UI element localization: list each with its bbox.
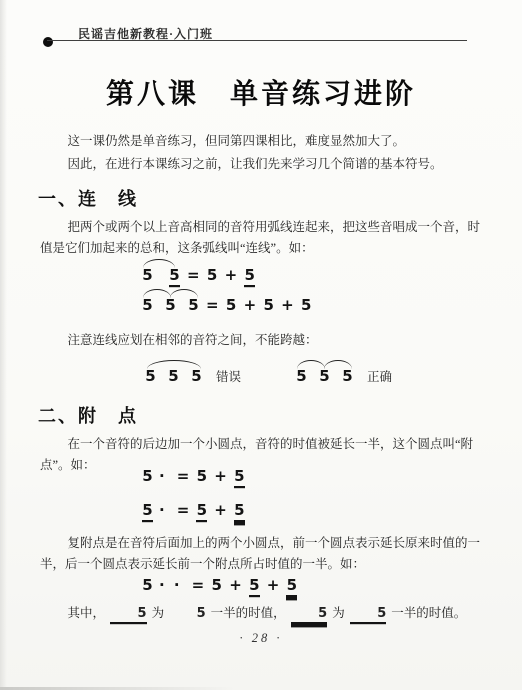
equals-sign: = — [192, 576, 205, 594]
header-bullet-dot — [43, 37, 53, 47]
tie-caution-text: 注意连线应划在相邻的音符之间，不能跨越： — [40, 330, 488, 351]
note: 5 — [207, 266, 218, 285]
note: 5 — [188, 296, 199, 315]
correct-tied-group: 5 5 5 — [296, 367, 353, 386]
tie-body-paragraph: 把两个或两个以上音高相同的音符用弧线连起来，把这些音唱成一个音，时值是它们加起来… — [40, 217, 488, 259]
note-sixteenth: 5 — [286, 576, 297, 595]
note-eighth: 5 — [142, 501, 153, 520]
intro-paragraph-1: 这一课仍然是单音练习，但同第四课相比，难度显然加大了。 — [40, 131, 488, 152]
summary-text: 一半的时值， — [211, 606, 286, 620]
tie-arc — [170, 289, 198, 298]
note: 5 — [226, 296, 237, 315]
tie-wrong-correct-row: 5 5 5 错误 5 5 5 正确 — [145, 367, 392, 386]
plus-sign: + — [225, 266, 238, 284]
wrong-tied-group: 5 5 5 — [145, 367, 202, 386]
note: 5 — [142, 296, 153, 315]
tie-arc — [297, 360, 325, 369]
note: 5 — [169, 606, 206, 622]
plus-sign: + — [244, 296, 257, 314]
equals-sign: = — [177, 467, 190, 485]
note-eighth: 5 — [244, 266, 255, 285]
note-eighth: 5 — [234, 467, 245, 486]
note: 5 — [165, 296, 176, 315]
tie-arc — [143, 289, 171, 298]
tie-example-1: 5 5 = 5 + 5 — [142, 266, 255, 285]
note: 5 — [142, 576, 153, 595]
note-eighth: 5 — [169, 266, 180, 285]
tie-arc — [324, 360, 352, 369]
augmentation-dot: · — [159, 501, 167, 519]
running-header-title: 民谣吉他新教程·入门班 — [78, 25, 213, 42]
note: 5 — [142, 467, 153, 486]
note-sixteenth: 5 — [234, 501, 245, 520]
double-dot-example: 5 · · = 5 + 5 + 5 — [142, 576, 297, 595]
note-eighth: 5 — [196, 501, 207, 520]
plus-sign: + — [281, 296, 294, 314]
dot-body-paragraph-1: 在一个音符的后边加一个小圆点，音符的时值被延长一半，这个圆点叫“附点”。如： — [40, 434, 488, 476]
book-page: 民谣吉他新教程·入门班 第八课 单音练习进阶 这一课仍然是单音练习，但同第四课相… — [0, 0, 522, 690]
summary-text: 为 — [152, 606, 165, 620]
tied-note-group: 5 5 5 — [142, 296, 199, 315]
section-heading-tie: 一、连 线 — [38, 185, 138, 211]
equals-sign: = — [206, 296, 219, 314]
plus-sign: + — [214, 501, 227, 519]
wrong-label: 错误 — [216, 367, 241, 385]
note: 5 — [145, 367, 156, 386]
dot-summary-line: 其中，5为5一半的时值，5为5一半的时值。 — [40, 603, 488, 624]
equals-sign: = — [177, 501, 190, 519]
augmentation-dot: · — [159, 467, 167, 485]
note: 5 — [296, 367, 307, 386]
note-sixteenth: 5 — [291, 606, 328, 622]
note: 5 — [168, 367, 179, 386]
note-eighth: 5 — [249, 576, 260, 595]
note: 5 — [263, 296, 274, 315]
note: 5 — [191, 367, 202, 386]
summary-text: 其中， — [68, 606, 106, 620]
dot-body-paragraph-2: 复附点是在音符后面加上的两个小圆点，前一个圆点表示延长原来时值的一半，后一个圆点… — [40, 533, 488, 575]
double-augmentation-dots: · · — [159, 576, 182, 594]
note: 5 — [142, 266, 153, 285]
summary-text: 为 — [332, 606, 345, 620]
note: 5 — [211, 576, 222, 595]
tied-note-group: 5 5 — [142, 266, 180, 285]
page-number: · 28 · — [0, 631, 522, 646]
dot-example-2: 5 · = 5 + 5 — [142, 501, 245, 520]
correct-label: 正确 — [367, 367, 392, 385]
equals-sign: = — [187, 266, 200, 284]
section-heading-dot: 二、附 点 — [38, 402, 138, 428]
tie-arc — [143, 259, 175, 268]
note: 5 — [301, 296, 312, 315]
note: 5 — [319, 367, 330, 386]
plus-sign: + — [214, 467, 227, 485]
summary-text: 一半的时值。 — [391, 606, 466, 620]
note: 5 — [342, 367, 353, 386]
intro-paragraph-2: 因此，在进行本课练习之前，让我们先来学习几个简谱的基本符号。 — [40, 154, 488, 175]
lesson-title: 第八课 单音练习进阶 — [0, 72, 522, 112]
plus-sign: + — [267, 576, 280, 594]
tie-example-2: 5 5 5 = 5 + 5 + 5 — [142, 296, 312, 315]
crossing-tie-arc — [147, 360, 201, 369]
dot-example-1: 5 · = 5 + 5 — [142, 467, 245, 486]
note: 5 — [196, 467, 207, 486]
note-eighth: 5 — [350, 606, 387, 622]
plus-sign: + — [229, 576, 242, 594]
note-eighth: 5 — [110, 606, 147, 622]
